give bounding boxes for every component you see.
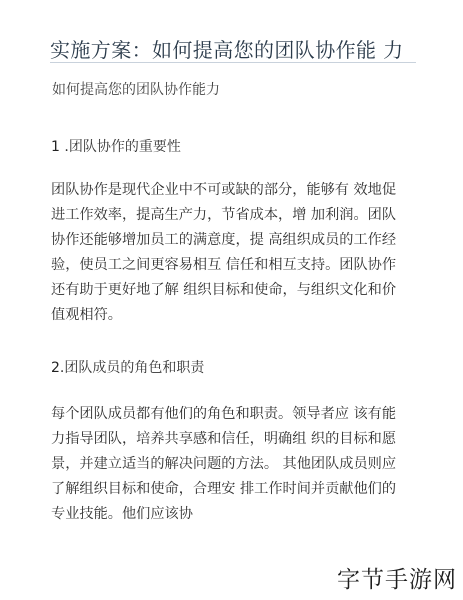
section-heading-importance: 1 .团队协作的重要性 (51, 137, 181, 157)
document-subtitle: 如何提高您的团队协作能力 (52, 80, 220, 100)
paragraph-line: 专业技能。他们应该协 (51, 502, 421, 527)
section-title: .团队协作的重要性 (60, 139, 181, 155)
section-paragraph-importance: 团队协作是现代企业中不可或缺的部分，能够有 效地促 进工作效率，提高生产力，节省… (51, 178, 421, 328)
site-watermark: 字节手游网 (337, 565, 457, 595)
paragraph-line: 进工作效率，提高生产力，节省成本，增 加利润。团队 (51, 203, 421, 228)
document-title: 实施方案：如何提高您的团队协作能 力 (50, 38, 416, 63)
section-paragraph-roles: 每个团队成员都有他们的角色和职责。领导者应 该有能 力指导团队，培养共享感和信任… (51, 402, 421, 527)
section-number: 2 (51, 360, 60, 376)
paragraph-line: 值观相符。 (51, 303, 421, 328)
section-number: 1 (51, 139, 60, 155)
paragraph-line: 协作还能够增加员工的满意度，提 高组织成员的工作经 (51, 228, 421, 253)
document-page: 实施方案：如何提高您的团队协作能 力 如何提高您的团队协作能力 1 .团队协作的… (0, 0, 463, 600)
paragraph-line: 景，并建立适当的解决问题的方法。 其他团队成员则应 (51, 452, 421, 477)
paragraph-line: 力指导团队，培养共享感和信任，明确组 织的目标和愿 (51, 427, 421, 452)
section-heading-roles: 2.团队成员的角色和职责 (51, 358, 204, 378)
paragraph-line: 每个团队成员都有他们的角色和职责。领导者应 该有能 (51, 402, 421, 427)
section-title: .团队成员的角色和职责 (60, 360, 204, 376)
paragraph-line: 团队协作是现代企业中不可或缺的部分，能够有 效地促 (51, 178, 421, 203)
paragraph-line: 验，使员工之间更容易相互 信任和相互支持。团队协作 (51, 253, 421, 278)
paragraph-line: 还有助于更好地了解 组织目标和使命，与组织文化和价 (51, 278, 421, 303)
paragraph-line: 了解组织目标和使命，合理安 排工作时间并贡献他们的 (51, 477, 421, 502)
